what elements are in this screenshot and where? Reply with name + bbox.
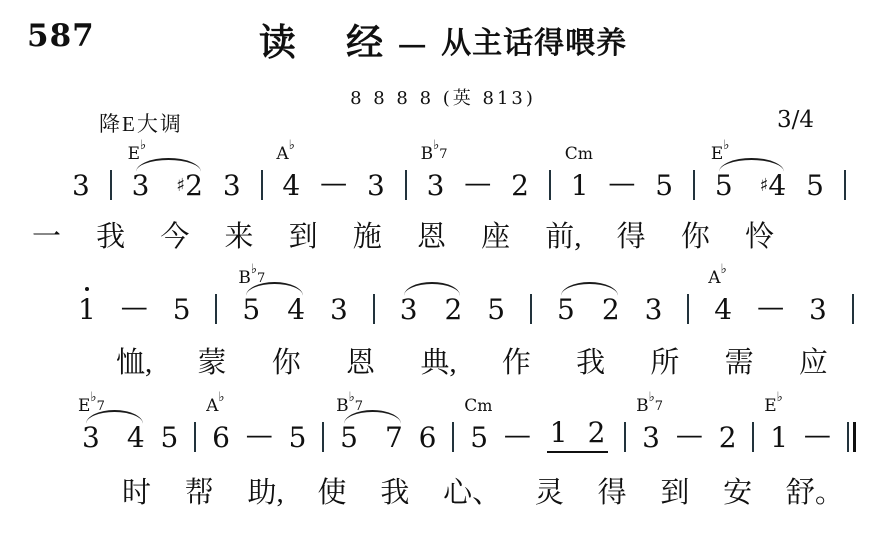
chord-root: B [636,398,649,415]
note: ♯2 [176,172,203,200]
key-signature-label: 降E大调 [99,108,183,138]
note-digit: 1 [770,424,788,452]
lyric-syllable: 恩 [346,347,375,380]
flat-icon: ♭ [721,263,727,276]
note-digit: 7 [385,424,403,452]
barline [261,170,263,200]
lyric-syllable: 灵 [535,477,564,510]
eighth-note-beam-group: 12 [547,419,609,453]
barline [194,422,196,452]
note-digit: 6 [419,424,437,452]
flat-icon: ♭ [140,139,146,152]
note: 3 [809,296,827,324]
chord-root: E [764,398,776,415]
note-digit: 4 [287,296,305,324]
note: 2 [588,419,606,447]
chord-root: B [238,270,251,287]
slur-group: 52 [557,296,620,324]
note-digit: 3 [330,296,348,324]
slur-group: E♭734 [82,424,145,452]
note: 3 [400,296,418,324]
note-digit: 2 [185,172,203,200]
duration-dash: — [504,422,531,449]
chord-root: E [78,398,90,415]
lyric-syllable: 应 [799,347,828,380]
note-digit: 3 [367,172,385,200]
note: 2 [511,172,529,200]
lyric-syllable: 作 [502,347,531,380]
lyric-syllable: 怜 [745,221,774,254]
final-double-barline [847,422,856,452]
note: 1 [550,419,568,447]
music-line-1: 3E♭3♯23A♭4—3B♭73—2Cm1—5E♭5♯45 [72,166,846,200]
lyric-syllable: 恤, [116,347,152,380]
lyric-syllable: 我 [576,347,605,380]
note-digit: 4 [282,172,300,200]
duration-dash: — [246,422,273,449]
lyric-syllable: 所 [650,347,679,380]
note: 3 [82,424,100,452]
lyric-syllable: 需 [725,347,754,380]
lyric-syllable: 你 [681,221,710,254]
lyric-syllable: 典, [420,347,456,380]
note: 3 [330,296,348,324]
note-digit: 5 [487,296,505,324]
duration-dash: — [464,170,491,197]
note: 5 [715,172,733,200]
note-digit: 5 [242,296,260,324]
lyric-syllable: 我 [380,477,409,510]
chord-label: A♭ [206,398,224,415]
note-digit: 4 [768,172,786,200]
note: 5 [806,172,824,200]
note-digit: 5 [655,172,673,200]
music-line-2: 1—5B♭7543325523A♭4—3 [78,290,854,324]
lyric-syllable: 到 [660,477,689,510]
chord-root: E [711,146,723,163]
slur-group: E♭5♯4 [715,172,786,200]
barline [693,170,695,200]
note: E♭1 [770,424,788,452]
barline [853,422,856,452]
sharp-icon: ♯ [176,177,185,195]
chord-label: Cm [565,146,593,163]
note-digit: 5 [806,172,824,200]
chord-root: B [421,146,434,163]
lyric-syllable: 舒。 [786,477,844,510]
chord-root: C [565,146,578,163]
lyric-syllable: 今 [160,221,189,254]
lyric-syllable: 心、 [443,477,501,510]
note-digit: 3 [400,296,418,324]
lyric-syllable: 得 [598,477,627,510]
barline [852,294,854,324]
lyric-syllable: 到 [289,221,318,254]
lyric-syllable: 助, [248,477,284,510]
note-digit: 4 [714,296,732,324]
chord-label: A♭ [276,146,294,163]
lyric-syllable: 一 [32,221,61,254]
title-subtitle: 从主话得喂养 [441,29,627,59]
note: 2 [719,424,737,452]
chord-root: A [276,146,288,163]
note-digit: 3 [132,172,150,200]
note: 7 [385,424,403,452]
barline [530,294,532,324]
lyric-syllable: 你 [272,347,301,380]
note-digit: 5 [173,296,191,324]
octave-dot-icon [85,287,89,291]
flat-icon: ♭ [777,391,783,404]
chord-seventh: 7 [439,148,447,161]
note-digit: 3 [642,424,660,452]
note: 6 [419,424,437,452]
note-digit: 2 [588,419,606,447]
note-digit: 2 [445,296,463,324]
lyrics-line-3: 时帮助,使我心、灵得到安舒。 [122,477,844,510]
note-digit: 6 [212,424,230,452]
lyric-syllable: 帮 [185,477,214,510]
flat-icon: ♭ [723,139,729,152]
note: 3 [132,172,150,200]
note: A♭4 [714,296,732,324]
barline [844,170,846,200]
chord-root: A [708,270,720,287]
lyrics-line-1: 一我今来到施恩座前,得你怜 [32,221,774,254]
duration-dash: — [757,294,784,321]
note-digit: 1 [571,172,589,200]
note-digit: 2 [719,424,737,452]
chord-root: C [464,398,477,415]
duration-dash: — [676,422,703,449]
lyric-syllable: 来 [224,221,253,254]
note: 4 [127,424,145,452]
note-digit: 5 [161,424,179,452]
chord-label: Cm [464,398,492,415]
lyric-syllable: 施 [353,221,382,254]
note-digit: 5 [340,424,358,452]
music-line-3: E♭7345A♭6—5B♭7576Cm5—12B♭73—2E♭1— [82,418,856,452]
barline [624,422,626,452]
barline [405,170,407,200]
note: 1 [78,296,96,324]
note: 5 [161,424,179,452]
lyric-syllable: 使 [318,477,347,510]
chord-root: A [206,398,218,415]
lyric-syllable: 恩 [417,221,446,254]
note: Cm1 [571,172,589,200]
chord-minor: m [477,398,492,414]
chord-root: B [336,398,349,415]
duration-dash: — [320,170,347,197]
note: 5 [289,424,307,452]
duration-dash: — [121,294,148,321]
note: Cm5 [470,424,488,452]
note: 2 [602,296,620,324]
note: A♭4 [282,172,300,200]
chord-label: A♭ [708,270,726,287]
title-main: 读 经 [259,24,383,61]
meter-line: 8 8 8 8 (英 813) [0,84,886,110]
sharp-icon: ♯ [760,177,769,195]
barline [752,422,754,452]
chord-minor: m [578,146,593,162]
note: 5 [173,296,191,324]
note: 3 [367,172,385,200]
barline [215,294,217,324]
note-digit: 3 [645,296,663,324]
note: 5 [655,172,673,200]
lyric-syllable: 前, [545,221,581,254]
note-digit: 5 [557,296,575,324]
chord-label: B♭7 [636,398,663,415]
chord-label: E♭ [128,146,147,163]
note: 3 [645,296,663,324]
note: 2 [445,296,463,324]
note-digit: 3 [72,172,90,200]
note-digit: 3 [427,172,445,200]
note-digit: 1 [550,419,568,447]
note-digit: 2 [511,172,529,200]
chord-root: E [128,146,140,163]
barline [373,294,375,324]
slur-group: E♭3♯2 [132,172,203,200]
note-digit: 2 [602,296,620,324]
note: A♭6 [212,424,230,452]
barline [452,422,454,452]
note-digit: 4 [127,424,145,452]
slur-group: 32 [400,296,463,324]
chord-seventh: 7 [655,400,663,413]
note-digit: 5 [715,172,733,200]
lyric-syllable: 座 [481,221,510,254]
chord-label: E♭ [764,398,783,415]
flat-icon: ♭ [218,391,224,404]
chord-label: E♭ [711,146,730,163]
flat-icon: ♭ [289,139,295,152]
note: 5 [242,296,260,324]
title: 读 经 — 从主话得喂养 [0,24,886,61]
time-signature: 3/4 [777,107,814,133]
note-digit: 1 [78,296,96,324]
slur-group: B♭757 [340,424,403,452]
chord-label: B♭7 [421,146,448,163]
note: ♯4 [760,172,787,200]
note: 3 [72,172,90,200]
note-digit: 5 [470,424,488,452]
lyric-syllable: 时 [122,477,151,510]
barline [549,170,551,200]
lyric-syllable: 我 [96,221,125,254]
lyric-syllable: 得 [617,221,646,254]
lyrics-line-2: 恤,蒙你恩典,作我所需应 [116,347,828,380]
barline [322,422,324,452]
note-digit: 3 [809,296,827,324]
note: 4 [287,296,305,324]
duration-dash: — [608,170,635,197]
note-digit: 3 [82,424,100,452]
note: 5 [340,424,358,452]
note: 5 [487,296,505,324]
barline [687,294,689,324]
barline [847,422,849,452]
note: B♭73 [642,424,660,452]
title-dash: — [399,31,425,57]
lyric-syllable: 蒙 [198,347,227,380]
hymn-page: 587 读 经 — 从主话得喂养 8 8 8 8 (英 813) 降E大调 3/… [0,0,886,548]
note: 5 [557,296,575,324]
lyric-syllable: 安 [723,477,752,510]
slur-group: B♭754 [242,296,305,324]
duration-dash: — [804,422,831,449]
note: 3 [223,172,241,200]
note: B♭73 [427,172,445,200]
note-digit: 3 [223,172,241,200]
note-digit: 5 [289,424,307,452]
barline [110,170,112,200]
